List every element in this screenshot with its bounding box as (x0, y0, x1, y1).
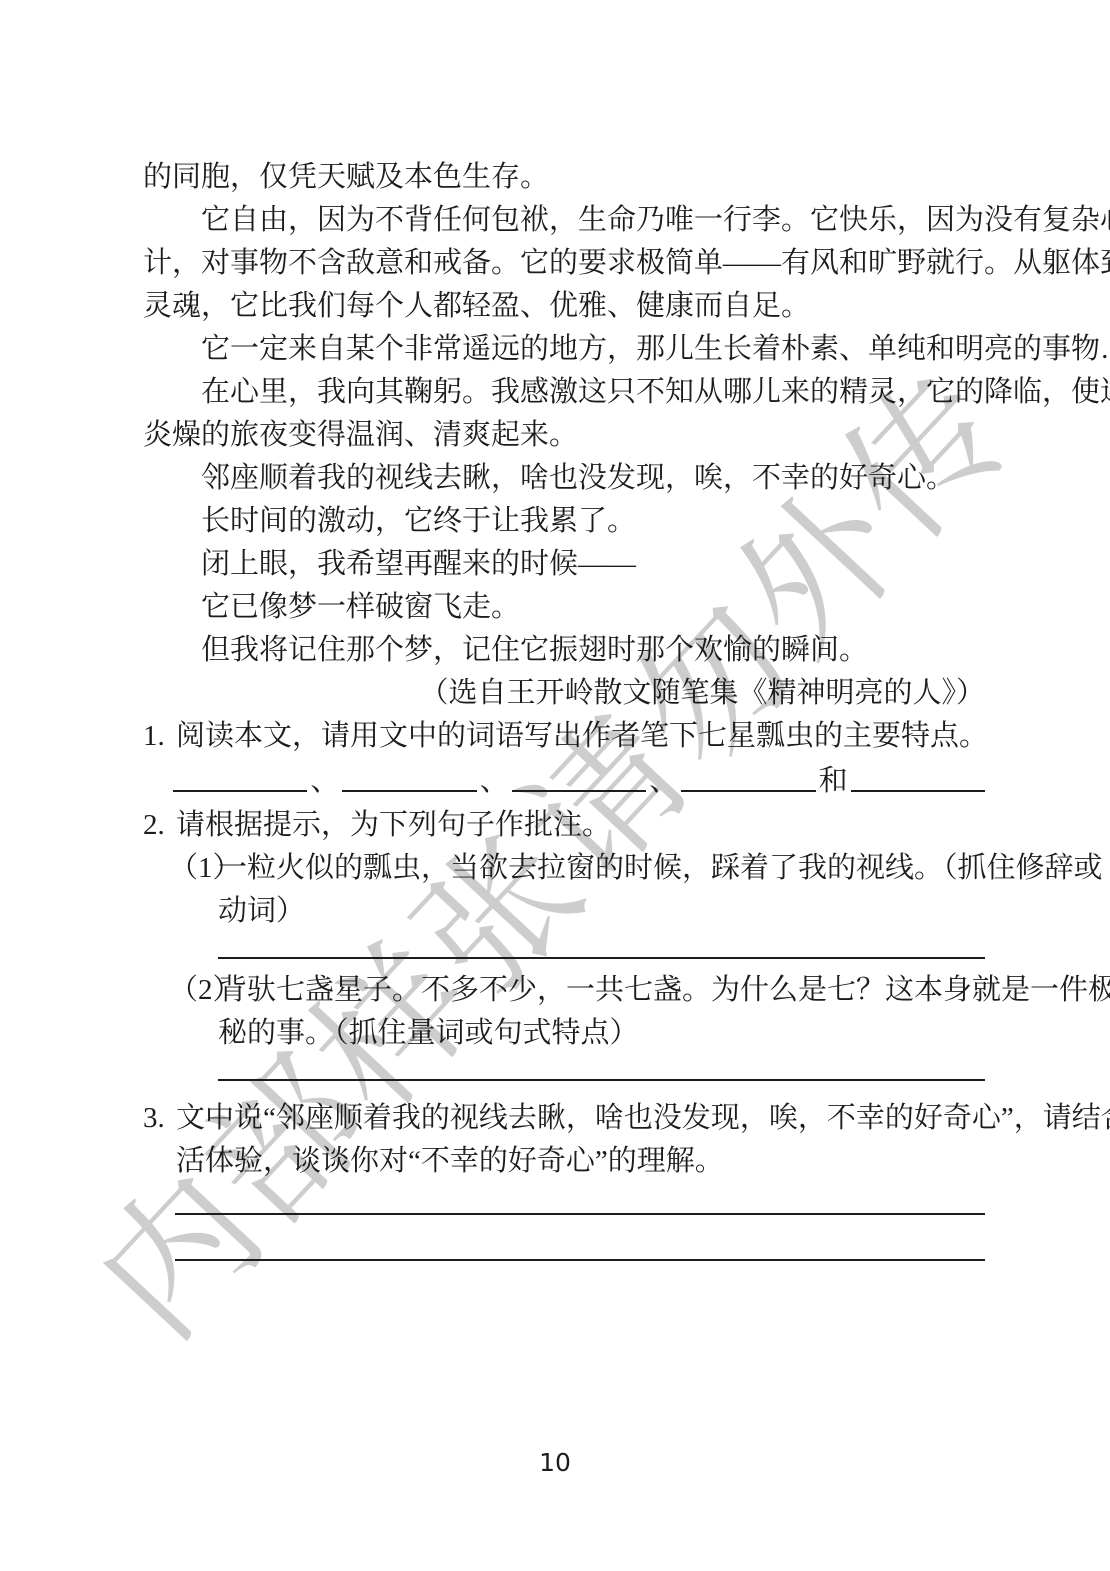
hanging-indent-spacer (169, 1012, 218, 1055)
question-2-sub-1-continued: 动词） (169, 890, 985, 933)
sub-question-text: 一粒火似的瓢虫，当欲去拉窗的时候，踩着了我的视线。（抓住修辞或 (218, 847, 1103, 890)
blank-separator: 和 (816, 767, 851, 804)
passage-line: 但我将记住那个梦，记住它振翅时那个欢愉的瞬间。 (143, 629, 985, 672)
question-2: 2. 请根据提示，为下列句子作批注。 (143, 804, 985, 847)
passage-line: 炎燥的旅夜变得温润、清爽起来。 (143, 414, 985, 457)
answer-blank (851, 760, 985, 792)
page-content: 的同胞，仅凭天赋及本色生存。 它自由，因为不背任何包袱，生命乃唯一行李。它快乐，… (143, 156, 985, 1261)
answer-blank (173, 760, 307, 792)
passage-attribution: （选自王开岭散文随笔集《精神明亮的人》） (143, 672, 985, 715)
passage-line: 邻座顺着我的视线去瞅，啥也没发现，唉，不幸的好奇心。 (143, 457, 985, 500)
question-1-blanks: 、 、 、 和 (173, 758, 985, 804)
question-1-number: 1. (143, 715, 176, 758)
passage-line: 它已像梦一样破窗飞走。 (143, 586, 985, 629)
answer-blank (681, 760, 815, 792)
question-3-text: 文中说“邻座顺着我的视线去瞅，啥也没发现，唉，不幸的好奇心”，请结合生 (176, 1097, 1110, 1140)
passage-line: 计，对事物不含敌意和戒备。它的要求极简单——有风和旷野就行。从躯体到 (143, 242, 985, 285)
passage-line: 的同胞，仅凭天赋及本色生存。 (143, 156, 985, 199)
question-1-text: 阅读本文，请用文中的词语写出作者笔下七星瓢虫的主要特点。 (176, 715, 988, 758)
answer-line (218, 1055, 985, 1081)
passage-line: 长时间的激动，它终于让我累了。 (143, 500, 985, 543)
passage-line: 它自由，因为不背任何包袱，生命乃唯一行李。它快乐，因为没有复杂心 (143, 199, 985, 242)
reading-passage: 的同胞，仅凭天赋及本色生存。 它自由，因为不背任何包袱，生命乃唯一行李。它快乐，… (143, 156, 985, 715)
blank-separator: 、 (646, 767, 681, 804)
blank-separator: 、 (477, 767, 512, 804)
blank-separator: 、 (307, 767, 342, 804)
answer-blank (342, 760, 476, 792)
hanging-indent-spacer (143, 1140, 176, 1183)
hanging-indent-spacer (169, 890, 218, 933)
question-3-continued: 活体验，谈谈你对“不幸的好奇心”的理解。 (143, 1140, 985, 1183)
question-1: 1. 阅读本文，请用文中的词语写出作者笔下七星瓢虫的主要特点。 (143, 715, 985, 758)
question-3-number: 3. (143, 1097, 176, 1140)
passage-line: 闭上眼，我希望再醒来的时候—— (143, 543, 985, 586)
sub-question-text: 秘的事。（抓住量词或句式特点） (218, 1012, 639, 1055)
sub-question-text: 背驮七盏星子。不多不少，一共七盏。为什么是七？这本身就是一件极神 (218, 969, 1110, 1012)
sub-question-number: （1） (169, 847, 218, 890)
question-2-sub-2: （2） 背驮七盏星子。不多不少，一共七盏。为什么是七？这本身就是一件极神 (169, 969, 985, 1012)
answer-line (218, 933, 985, 959)
sub-question-number: （2） (169, 969, 218, 1012)
sub-question-text: 动词） (218, 890, 305, 933)
question-2-sub-2-continued: 秘的事。（抓住量词或句式特点） (169, 1012, 985, 1055)
question-2-text: 请根据提示，为下列句子作批注。 (176, 804, 611, 847)
answer-line (175, 1215, 985, 1261)
passage-line: 在心里，我向其鞠躬。我感激这只不知从哪儿来的精灵，它的降临，使这个 (143, 371, 985, 414)
question-2-number: 2. (143, 804, 176, 847)
exam-page: 内部样张请勿外传 的同胞，仅凭天赋及本色生存。 它自由，因为不背任何包袱，生命乃… (0, 0, 1110, 1571)
question-2-sub-1: （1） 一粒火似的瓢虫，当欲去拉窗的时候，踩着了我的视线。（抓住修辞或 (169, 847, 985, 890)
answer-blank (512, 760, 646, 792)
passage-line: 灵魂，它比我们每个人都轻盈、优雅、健康而自足。 (143, 285, 985, 328)
answer-line (175, 1183, 985, 1215)
question-3-text: 活体验，谈谈你对“不幸的好奇心”的理解。 (176, 1140, 724, 1183)
passage-line: 它一定来自某个非常遥远的地方，那儿生长着朴素、单纯和明亮的事物…… (143, 328, 985, 371)
question-3: 3. 文中说“邻座顺着我的视线去瞅，啥也没发现，唉，不幸的好奇心”，请结合生 (143, 1097, 985, 1140)
page-number: 10 (0, 1448, 1110, 1477)
